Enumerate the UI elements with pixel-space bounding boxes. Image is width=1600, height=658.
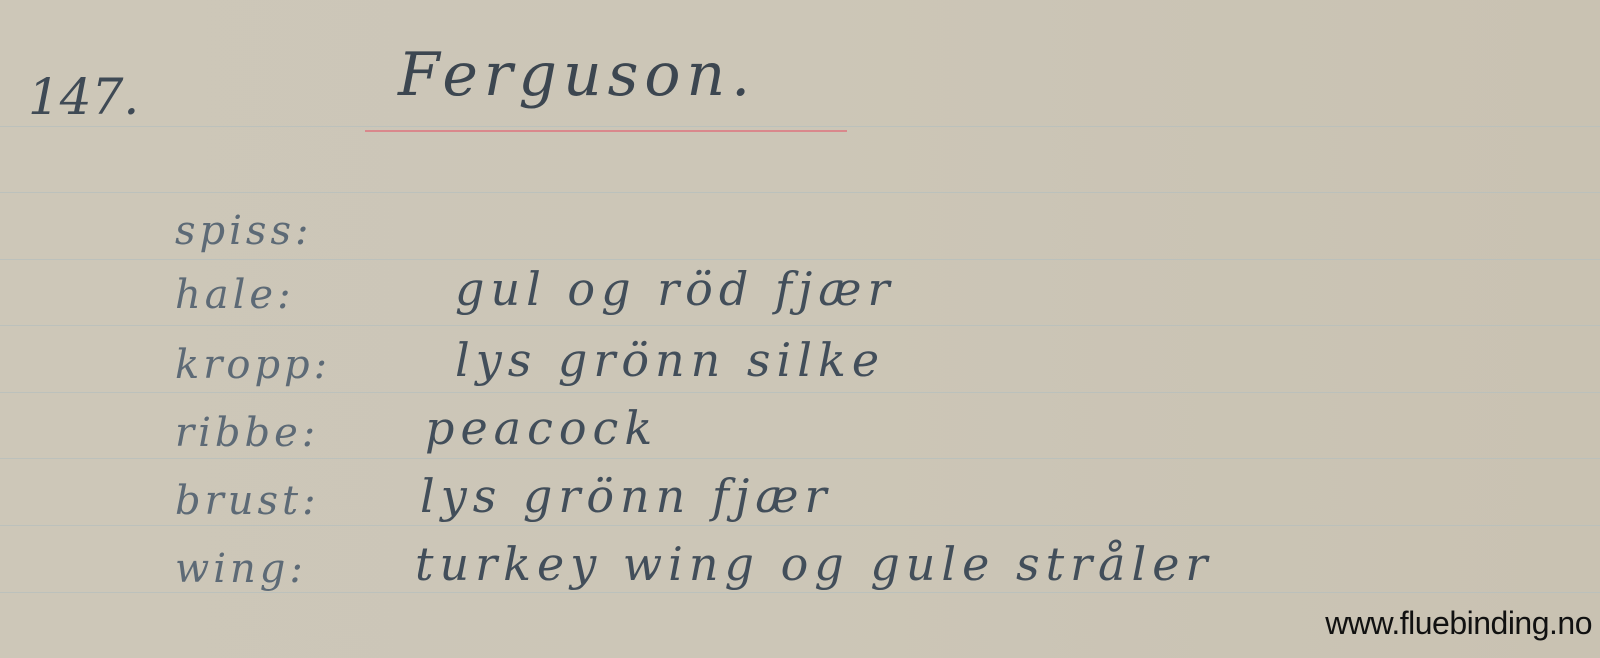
ruled-line <box>0 458 1600 459</box>
ruled-line <box>0 392 1600 393</box>
field-label-brust: brust: <box>175 478 320 524</box>
ruled-line <box>0 325 1600 326</box>
ruled-line <box>0 259 1600 260</box>
ruled-line <box>0 525 1600 526</box>
field-value-hale: gul og röd fjær <box>455 262 895 316</box>
website-watermark: www.fluebinding.no <box>1325 605 1592 642</box>
field-value-brust: lys grönn fjær <box>420 469 832 523</box>
entry-number: 147. <box>28 68 139 126</box>
ruled-line <box>0 126 1600 127</box>
notebook-page: 147. Ferguson. spiss: hale: gul og röd f… <box>0 0 1600 658</box>
field-label-wing: wing: <box>175 546 307 592</box>
field-label-hale: hale: <box>175 272 295 318</box>
field-value-ribbe: peacock <box>425 401 658 455</box>
fly-name-title: Ferguson. <box>398 40 756 110</box>
title-underline <box>365 130 847 132</box>
field-label-spiss: spiss: <box>175 208 312 254</box>
field-label-ribbe: ribbe: <box>175 410 319 456</box>
field-label-kropp: kropp: <box>175 342 331 388</box>
field-value-kropp: lys grönn silke <box>455 333 885 387</box>
ruled-line <box>0 192 1600 193</box>
field-value-wing: turkey wing og gule stråler <box>415 537 1213 591</box>
ruled-line <box>0 592 1600 593</box>
